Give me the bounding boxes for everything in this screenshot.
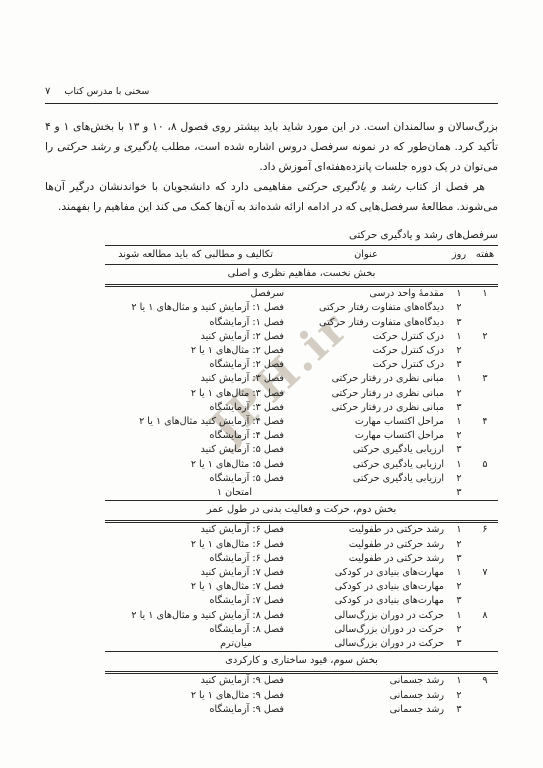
section-band-label: بخش نخست، مفاهیم نظری و اصلی xyxy=(105,265,498,286)
cell-tasks: فصل ۳: آزمایش کنید xyxy=(105,372,286,386)
cell-tasks: فصل ۳: آزمایشگاه xyxy=(105,401,286,415)
cell-week: ۳ xyxy=(472,372,498,386)
cell-week xyxy=(472,301,498,315)
cell-tasks: فصل ۲: مثال‌های ۱ یا ۲ xyxy=(105,344,286,358)
cell-week: ۸ xyxy=(472,609,498,623)
cell-title xyxy=(286,486,446,501)
cell-title: درک کنترل حرکت xyxy=(286,358,446,372)
cell-week: ۶ xyxy=(472,522,498,538)
cell-day: ۲ xyxy=(446,623,472,637)
cell-tasks: فصل ۲: آزمایشگاه xyxy=(105,358,286,372)
cell-day: ۲ xyxy=(446,538,472,552)
schedule-header-row: هفته روز عنوان تکالیف و مطالبی که باید م… xyxy=(105,246,498,265)
cell-week: ۱ xyxy=(472,286,498,302)
running-title: سخنی با مدرس کتاب xyxy=(64,86,149,97)
schedule-row: ۲مبانی نظری در رفتار حرکتیفصل ۳: مثال‌ها… xyxy=(105,387,498,401)
cell-day: ۳ xyxy=(446,703,472,717)
schedule-row: ۳امتحان ۱ xyxy=(105,486,498,501)
cell-tasks: میان‌ترم xyxy=(105,637,286,652)
cell-tasks: فصل ۱: آزمایش کنید و مثال‌های ۱ یا ۲ xyxy=(105,301,286,315)
cell-week xyxy=(472,358,498,372)
cell-title: دیدگاه‌های متفاوت رفتار حرکتی xyxy=(286,316,446,330)
section-band-label: بخش دوم، حرکت و فعالیت بدنی در طول عمر xyxy=(105,501,498,522)
cell-title: درک کنترل حرکت xyxy=(286,330,446,344)
schedule-row: ۲حرکت در دوران بزرگ‌سالیفصل ۸: آزمایشگاه xyxy=(105,623,498,637)
cell-title: ارزیابی یادگیری حرکتی xyxy=(286,472,446,486)
cell-title: رشد حرکتی در طفولیت xyxy=(286,522,446,538)
cell-day: ۲ xyxy=(446,472,472,486)
cell-day: ۳ xyxy=(446,594,472,608)
cell-tasks: امتحان ۱ xyxy=(105,486,286,501)
cell-week xyxy=(472,552,498,566)
schedule-row: ۷۱مهارت‌های بنیادی در کودکیفصل ۷: آزمایش… xyxy=(105,566,498,580)
schedule-row: ۲رشد جسمانیفصل ۹: مثال‌های ۱ یا ۲ xyxy=(105,689,498,703)
schedule-row: ۳دیدگاه‌های متفاوت رفتار حرکتیفصل ۱: آزم… xyxy=(105,316,498,330)
schedule-row: ۵۱ارزیابی یادگیری حرکتیفصل ۵: مثال‌های ۱… xyxy=(105,458,498,472)
cell-week: ۷ xyxy=(472,566,498,580)
cell-tasks: فصل ۷: آزمایشگاه xyxy=(105,594,286,608)
section-band-label: بخش سوم، قیود ساختاری و کارکردی xyxy=(105,652,498,673)
paragraph-2: هر فصل از کتاب رشد و یادگیری حرکتی مفاهی… xyxy=(45,177,498,217)
schedule-row: ۴۱مراحل اکتساب مهارتفصل ۴: آزمایش کنید م… xyxy=(105,415,498,429)
cell-tasks: فصل ۱: آزمایشگاه xyxy=(105,316,286,330)
cell-week xyxy=(472,580,498,594)
cell-day: ۲ xyxy=(446,344,472,358)
section-band-row: بخش سوم، قیود ساختاری و کارکردی xyxy=(105,652,498,673)
schedule-row: ۸۱حرکت در دوران بزرگ‌سالیفصل ۸: آزمایش ک… xyxy=(105,609,498,623)
cell-day: ۳ xyxy=(446,401,472,415)
schedule-row: ۲رشد حرکتی در طفولیتفصل ۶: مثال‌های ۱ یا… xyxy=(105,538,498,552)
cell-title: دیدگاه‌های متفاوت رفتار حرکتی xyxy=(286,301,446,315)
cell-day: ۳ xyxy=(446,637,472,652)
schedule-table: هفته روز عنوان تکالیف و مطالبی که باید م… xyxy=(105,245,498,717)
cell-week xyxy=(472,472,498,486)
cell-tasks: فصل ۹: آزمایشگاه xyxy=(105,703,286,717)
cell-title: حرکت در دوران بزرگ‌سالی xyxy=(286,609,446,623)
schedule-row: ۳مهارت‌های بنیادی در کودکیفصل ۷: آزمایشگ… xyxy=(105,594,498,608)
section-band-row: بخش نخست، مفاهیم نظری و اصلی xyxy=(105,265,498,286)
schedule-row: ۲مهارت‌های بنیادی در کودکیفصل ۷: مثال‌ها… xyxy=(105,580,498,594)
cell-week: ۲ xyxy=(472,330,498,344)
cell-day: ۲ xyxy=(446,580,472,594)
cell-title: مهارت‌های بنیادی در کودکی xyxy=(286,580,446,594)
schedule-row: ۶۱رشد حرکتی در طفولیتفصل ۶: آزمایش کنید xyxy=(105,522,498,538)
cell-title: ارزیابی یادگیری حرکتی xyxy=(286,458,446,472)
cell-title: مبانی نظری در رفتار حرکتی xyxy=(286,372,446,386)
cell-title: مراحل اکتساب مهارت xyxy=(286,429,446,443)
cell-title: رشد جسمانی xyxy=(286,703,446,717)
cell-title: حرکت در دوران بزرگ‌سالی xyxy=(286,637,446,652)
cell-day: ۱ xyxy=(446,609,472,623)
schedule-row: ۲مراحل اکتساب مهارتفصل ۴: آزمایشگاه xyxy=(105,429,498,443)
cell-day: ۳ xyxy=(446,443,472,457)
cell-title: مقدمهٔ واحد درسی xyxy=(286,286,446,302)
cell-title: رشد حرکتی در طفولیت xyxy=(286,552,446,566)
book-title-italic-2: رشد و یادگیری حرکتی xyxy=(297,180,401,193)
page-content: ۷ سخنی با مدرس کتاب بزرگ‌سالان و سالمندا… xyxy=(0,0,543,717)
cell-tasks: فصل ۴: آزمایشگاه xyxy=(105,429,286,443)
col-header-week: هفته xyxy=(472,246,498,265)
schedule-row: ۱۱مقدمهٔ واحد درسیسرفصل xyxy=(105,286,498,302)
table-caption: سرفصل‌های رشد و یادگیری حرکتی xyxy=(45,230,498,241)
p2-text-start: هر فصل از کتاب xyxy=(401,180,485,193)
cell-tasks: فصل ۸: آزمایشگاه xyxy=(105,623,286,637)
schedule-row: ۲دیدگاه‌های متفاوت رفتار حرکتیفصل ۱: آزم… xyxy=(105,301,498,315)
schedule-row: ۳رشد جسمانیفصل ۹: آزمایشگاه xyxy=(105,703,498,717)
cell-tasks: فصل ۷: مثال‌های ۱ یا ۲ xyxy=(105,580,286,594)
cell-title: مهارت‌های بنیادی در کودکی xyxy=(286,594,446,608)
schedule-row: ۳۱مبانی نظری در رفتار حرکتیفصل ۳: آزمایش… xyxy=(105,372,498,386)
page-number: ۷ xyxy=(45,86,50,97)
cell-week: ۴ xyxy=(472,415,498,429)
cell-week: ۵ xyxy=(472,458,498,472)
cell-tasks: فصل ۵: مثال‌های ۱ یا ۲ xyxy=(105,458,286,472)
cell-title: مبانی نظری در رفتار حرکتی xyxy=(286,387,446,401)
cell-tasks: فصل ۹: مثال‌های ۱ یا ۲ xyxy=(105,689,286,703)
cell-title: حرکت در دوران بزرگ‌سالی xyxy=(286,623,446,637)
cell-week xyxy=(472,316,498,330)
cell-week xyxy=(472,703,498,717)
cell-title: مبانی نظری در رفتار حرکتی xyxy=(286,401,446,415)
book-page: JPH.ir ۷ سخنی با مدرس کتاب بزرگ‌سالان و … xyxy=(0,0,543,768)
schedule-row: ۳حرکت در دوران بزرگ‌سالیمیان‌ترم xyxy=(105,637,498,652)
cell-day: ۲ xyxy=(446,387,472,401)
cell-day: ۱ xyxy=(446,566,472,580)
running-header: ۷ سخنی با مدرس کتاب xyxy=(45,86,498,104)
schedule-body: بخش نخست، مفاهیم نظری و اصلی۱۱مقدمهٔ واح… xyxy=(105,265,498,718)
cell-week xyxy=(472,443,498,457)
cell-week xyxy=(472,689,498,703)
cell-day: ۳ xyxy=(446,316,472,330)
cell-tasks: فصل ۶: مثال‌های ۱ یا ۲ xyxy=(105,538,286,552)
schedule-row: ۳مبانی نظری در رفتار حرکتیفصل ۳: آزمایشگ… xyxy=(105,401,498,415)
cell-week xyxy=(472,623,498,637)
schedule-row: ۲۱درک کنترل حرکتفصل ۲: آزمایش کنید xyxy=(105,330,498,344)
cell-title: مراحل اکتساب مهارت xyxy=(286,415,446,429)
cell-title: درک کنترل حرکت xyxy=(286,344,446,358)
cell-tasks: فصل ۲: آزمایش کنید xyxy=(105,330,286,344)
cell-week xyxy=(472,538,498,552)
col-header-title: عنوان xyxy=(286,246,446,265)
schedule-row: ۲درک کنترل حرکتفصل ۲: مثال‌های ۱ یا ۲ xyxy=(105,344,498,358)
cell-day: ۳ xyxy=(446,358,472,372)
cell-tasks: فصل ۶: آزمایشگاه xyxy=(105,552,286,566)
cell-title: رشد جسمانی xyxy=(286,689,446,703)
schedule-row: ۳ارزیابی یادگیری حرکتیفصل ۵: آزمایش کنید xyxy=(105,443,498,457)
cell-day: ۱ xyxy=(446,415,472,429)
cell-week xyxy=(472,637,498,652)
cell-week xyxy=(472,344,498,358)
schedule-row: ۹۱رشد جسمانیفصل ۹: آزمایش کنید xyxy=(105,673,498,689)
cell-week xyxy=(472,387,498,401)
cell-week: ۹ xyxy=(472,673,498,689)
cell-tasks: فصل ۵: آزمایش کنید xyxy=(105,443,286,457)
schedule-row: ۳درک کنترل حرکتفصل ۲: آزمایشگاه xyxy=(105,358,498,372)
cell-title: رشد جسمانی xyxy=(286,673,446,689)
paragraph-continuation: بزرگ‌سالان و سالمندان است. در این مورد ش… xyxy=(45,117,498,177)
cell-week xyxy=(472,594,498,608)
intro-text: بزرگ‌سالان و سالمندان است. در این مورد ش… xyxy=(45,117,498,217)
cell-day: ۱ xyxy=(446,458,472,472)
cell-tasks: فصل ۳: مثال‌های ۱ یا ۲ xyxy=(105,387,286,401)
cell-title: رشد حرکتی در طفولیت xyxy=(286,538,446,552)
cell-week xyxy=(472,486,498,501)
cell-day: ۱ xyxy=(446,372,472,386)
section-band-row: بخش دوم، حرکت و فعالیت بدنی در طول عمر xyxy=(105,501,498,522)
cell-tasks: فصل ۵: آزمایشگاه xyxy=(105,472,286,486)
schedule-row: ۳رشد حرکتی در طفولیتفصل ۶: آزمایشگاه xyxy=(105,552,498,566)
cell-week xyxy=(472,429,498,443)
cell-day: ۲ xyxy=(446,689,472,703)
cell-week xyxy=(472,401,498,415)
cell-title: ارزیابی یادگیری حرکتی xyxy=(286,443,446,457)
cell-tasks: فصل ۶: آزمایش کنید xyxy=(105,522,286,538)
cell-day: ۳ xyxy=(446,486,472,501)
cell-day: ۲ xyxy=(446,301,472,315)
cell-day: ۳ xyxy=(446,552,472,566)
cell-day: ۱ xyxy=(446,330,472,344)
cell-title: مهارت‌های بنیادی در کودکی xyxy=(286,566,446,580)
cell-tasks: فصل ۹: آزمایش کنید xyxy=(105,673,286,689)
cell-day: ۱ xyxy=(446,673,472,689)
cell-day: ۱ xyxy=(446,522,472,538)
schedule-row: ۲ارزیابی یادگیری حرکتیفصل ۵: آزمایشگاه xyxy=(105,472,498,486)
cell-tasks: سرفصل xyxy=(105,286,286,302)
col-header-day: روز xyxy=(446,246,472,265)
cell-tasks: فصل ۷: آزمایش کنید xyxy=(105,566,286,580)
cell-tasks: فصل ۸: آزمایش کنید و مثال‌های ۱ یا ۲ xyxy=(105,609,286,623)
col-header-tasks: تکالیف و مطالبی که باید مطالعه شوند xyxy=(105,246,286,265)
cell-tasks: فصل ۴: آزمایش کنید مثال‌های ۱ یا ۲ xyxy=(105,415,286,429)
cell-day: ۲ xyxy=(446,429,472,443)
cell-day: ۱ xyxy=(446,286,472,302)
book-title-italic: یادگیری و رشد حرکتی xyxy=(57,140,158,153)
